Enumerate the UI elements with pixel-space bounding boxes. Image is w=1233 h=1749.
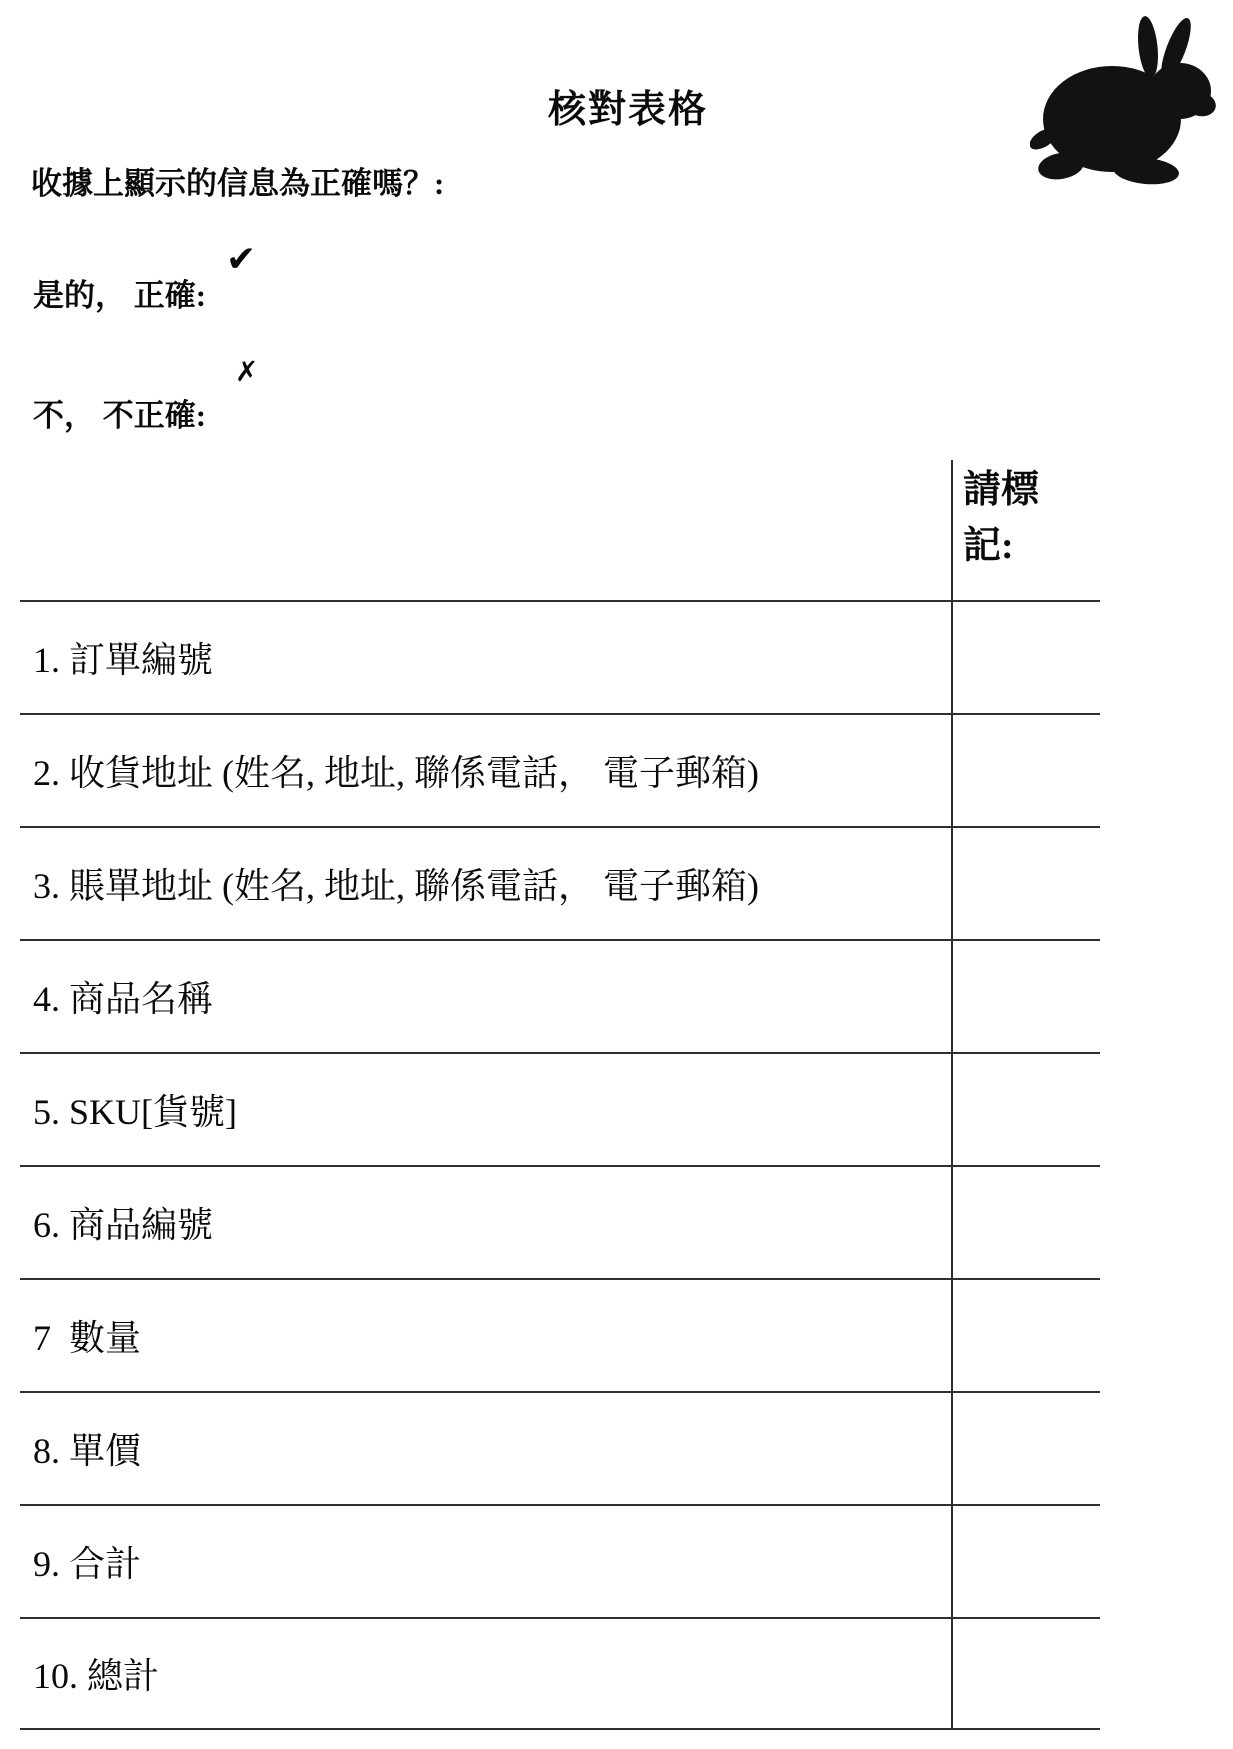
column-divider	[951, 460, 953, 1730]
page-title: 核對表格	[548, 78, 708, 133]
mark-column-header: 請標記:	[963, 462, 1053, 574]
option-no-label: 不， 不正確:	[33, 398, 206, 433]
mark-cell	[951, 828, 1100, 939]
table-row: 9. 合計	[20, 1504, 1100, 1617]
mark-cell	[951, 941, 1100, 1052]
row-label: 10. 總計	[20, 1619, 951, 1728]
table-row: 6. 商品編號	[20, 1165, 1100, 1278]
table-row: 4. 商品名稱	[20, 939, 1100, 1052]
option-yes: 是的， 正確: ✔	[33, 270, 206, 315]
mark-cell	[951, 1280, 1100, 1391]
row-label: 9. 合計	[20, 1506, 951, 1617]
table-row: 3. 賬單地址 (姓名, 地址, 聯係電話， 電子郵箱)	[20, 826, 1100, 939]
check-icon: ✔	[226, 242, 256, 278]
table-header-row: 請標記:	[20, 460, 1100, 600]
table-row: 1. 訂單編號	[20, 600, 1100, 713]
table-row: 2. 收貨地址 (姓名, 地址, 聯係電話， 電子郵箱)	[20, 713, 1100, 826]
row-label: 5. SKU[貨號]	[20, 1054, 951, 1165]
option-no: 不， 不正確: ✗	[33, 390, 206, 435]
mark-cell	[951, 1506, 1100, 1617]
question-text: 收據上顯示的信息為正確嗎？:	[31, 158, 444, 203]
option-yes-label: 是的， 正確:	[33, 278, 206, 313]
mark-cell	[951, 1619, 1100, 1728]
table-row: 10. 總計	[20, 1617, 1100, 1730]
mark-cell	[951, 1054, 1100, 1165]
row-label: 4. 商品名稱	[20, 941, 951, 1052]
checklist-table: 請標記: 1. 訂單編號 2. 收貨地址 (姓名, 地址, 聯係電話， 電子郵箱…	[20, 460, 1100, 1730]
row-label: 7 數量	[20, 1280, 951, 1391]
row-label: 6. 商品編號	[20, 1167, 951, 1278]
mark-cell	[951, 1393, 1100, 1504]
row-label: 8. 單價	[20, 1393, 951, 1504]
mark-cell	[951, 602, 1100, 713]
cross-icon: ✗	[235, 358, 258, 386]
table-row: 5. SKU[貨號]	[20, 1052, 1100, 1165]
table-row: 7 數量	[20, 1278, 1100, 1391]
mark-cell	[951, 1167, 1100, 1278]
checklist-document: 核對表格 收據上顯示的信息為正確嗎？: 是的， 正確: ✔ 不， 不正確: ✗ …	[0, 0, 1233, 1749]
table-row: 8. 單價	[20, 1391, 1100, 1504]
row-label: 3. 賬單地址 (姓名, 地址, 聯係電話， 電子郵箱)	[20, 828, 951, 939]
rabbit-icon	[1030, 16, 1218, 188]
mark-cell	[951, 715, 1100, 826]
row-label: 2. 收貨地址 (姓名, 地址, 聯係電話， 電子郵箱)	[20, 715, 951, 826]
row-label: 1. 訂單編號	[20, 602, 951, 713]
